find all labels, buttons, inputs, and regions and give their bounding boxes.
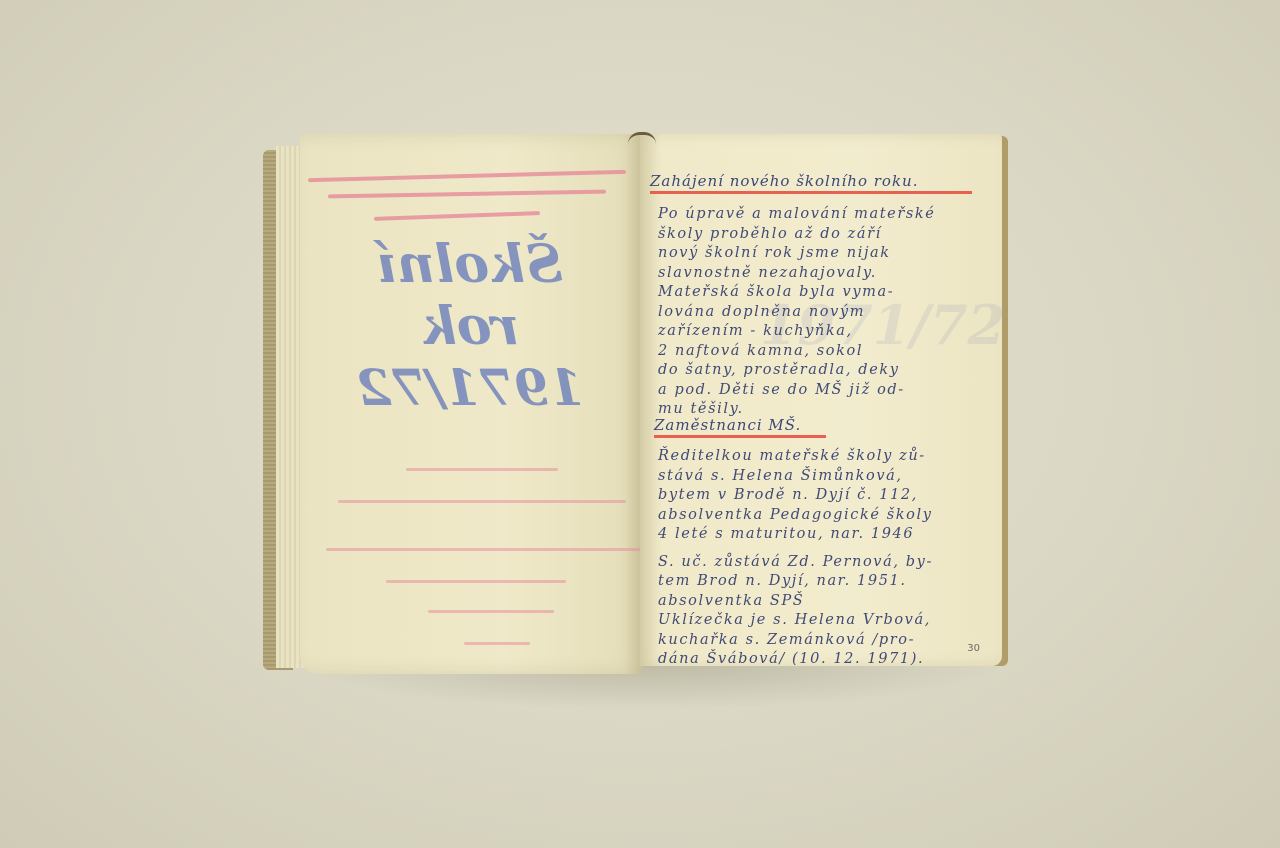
decorative-line — [464, 642, 530, 645]
text-line: slavnostně nezahajovaly. — [658, 265, 988, 285]
bleed-through-line2: 1971/72 — [340, 358, 600, 418]
decorative-line — [428, 610, 554, 613]
text-line: dána Švábová/ (10. 12. 1971). — [658, 651, 988, 666]
decorative-line — [338, 500, 626, 503]
text-line: absolventka SPŠ — [658, 593, 988, 613]
text-line: 4 leté s maturitou, nar. 1946 — [658, 526, 988, 546]
page-number: 30 — [967, 643, 980, 654]
paragraph-school-year-start: Po úpravě a malování mateřské školy prob… — [658, 206, 988, 421]
text-line: a pod. Děti se do MŠ již od- — [658, 382, 988, 402]
decorative-line — [374, 211, 540, 221]
decorative-line — [308, 170, 626, 182]
bleed-through-title: Školní rok 1971/72 — [340, 234, 600, 418]
binding-ring — [628, 132, 656, 145]
heading-staff: Zaměstnanci MŠ. — [654, 416, 826, 438]
text-line: do šatny, prostěradla, deky — [658, 362, 988, 382]
text-line: absolventka Pedagogické školy — [658, 507, 988, 527]
open-notebook: Školní rok 1971/72 1971/72 Zahájení nové… — [0, 0, 1280, 848]
decorative-line — [328, 190, 606, 199]
paragraph-staff: Ředitelkou mateřské školy zů- stává s. H… — [658, 448, 988, 666]
text-line: lována doplněna novým — [658, 304, 988, 324]
decorative-line — [386, 580, 566, 583]
text-line: zařízením - kuchyňka, — [658, 323, 988, 343]
text-line: nový školní rok jsme nijak — [658, 245, 988, 265]
text-line: tem Brod n. Dyjí, nar. 1951. — [658, 573, 988, 593]
text-line: 2 naftová kamna, sokol — [658, 343, 988, 363]
text-line: Mateřská škola byla vyma- — [658, 284, 988, 304]
decorative-line — [406, 468, 558, 471]
bleed-through-line1: Školní rok — [340, 234, 600, 358]
heading-school-year-start: Zahájení nového školního roku. — [650, 172, 972, 194]
text-line: kuchařka s. Zemánková /pro- — [658, 632, 988, 652]
right-page: 1971/72 Zahájení nového školního roku. P… — [640, 134, 1002, 666]
text-line: S. uč. zůstává Zd. Pernová, by- — [658, 554, 988, 574]
decorative-line — [326, 548, 642, 551]
text-line: Ředitelkou mateřské školy zů- — [658, 448, 988, 468]
text-line: Po úpravě a malování mateřské — [658, 206, 988, 226]
left-page: Školní rok 1971/72 — [300, 134, 642, 674]
text-line: bytem v Brodě n. Dyjí č. 112, — [658, 487, 988, 507]
text-line: stává s. Helena Šimůnková, — [658, 468, 988, 488]
text-line: školy proběhlo až do září — [658, 226, 988, 246]
text-line: Uklízečka je s. Helena Vrbová, — [658, 612, 988, 632]
